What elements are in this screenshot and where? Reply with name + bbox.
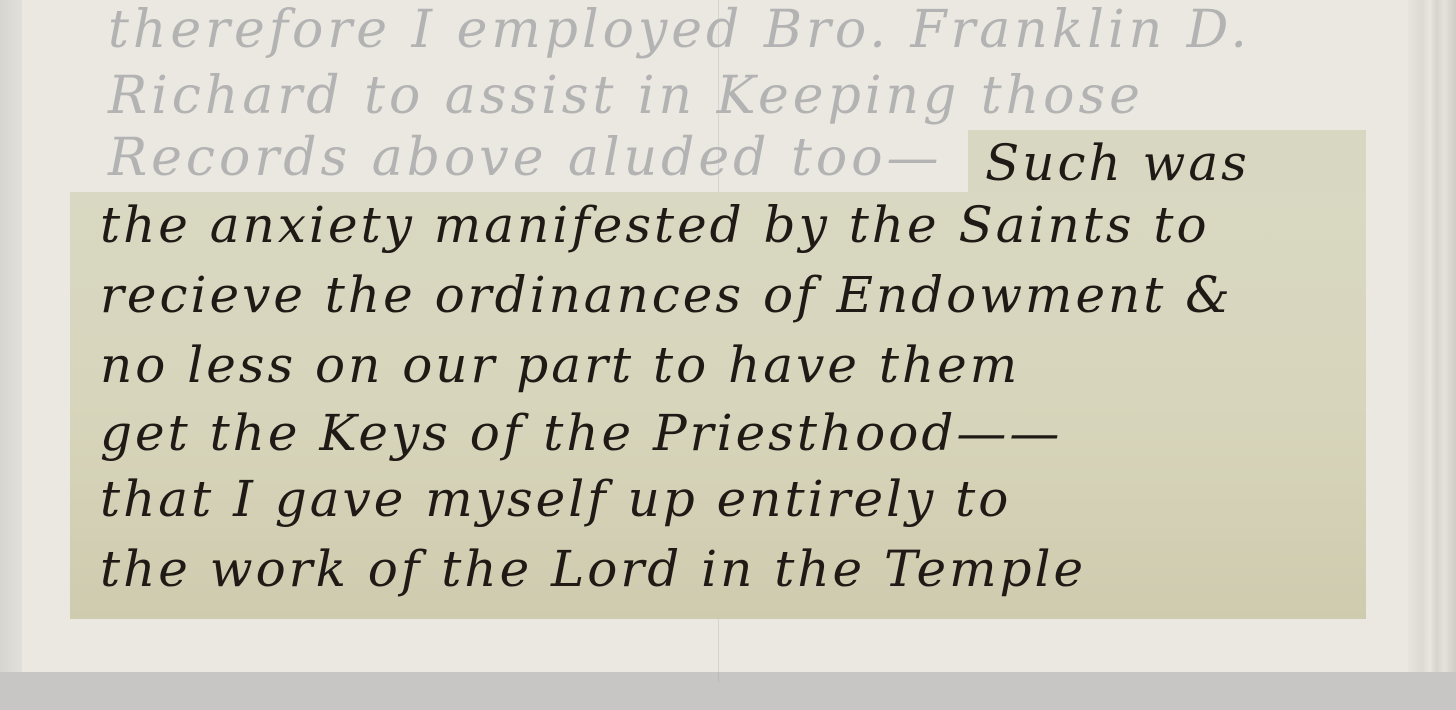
highlighted-text-line: that I gave myself up entirely to (100, 470, 1011, 528)
highlighted-text-line: get the Keys of the Priesthood—— (100, 404, 1062, 462)
binding-shadow (0, 0, 22, 682)
faded-text-line: therefore I employed Bro. Franklin D. (108, 0, 1251, 60)
highlighted-text-line: recieve the ordinances of Endowment & (100, 266, 1233, 324)
highlighted-text-line: the anxiety manifested by the Saints to (100, 196, 1210, 254)
highlighted-text-fragment: Such was (985, 134, 1250, 192)
faded-text-line: Records above aluded too— (108, 128, 943, 188)
bottom-shadow (0, 672, 1456, 710)
highlighted-text-line: no less on our part to have them (100, 336, 1020, 394)
highlighted-text-line: the work of the Lord in the Temple (100, 540, 1086, 598)
page-edges (1408, 0, 1456, 672)
faded-text-line: Richard to assist in Keeping those (108, 66, 1144, 126)
